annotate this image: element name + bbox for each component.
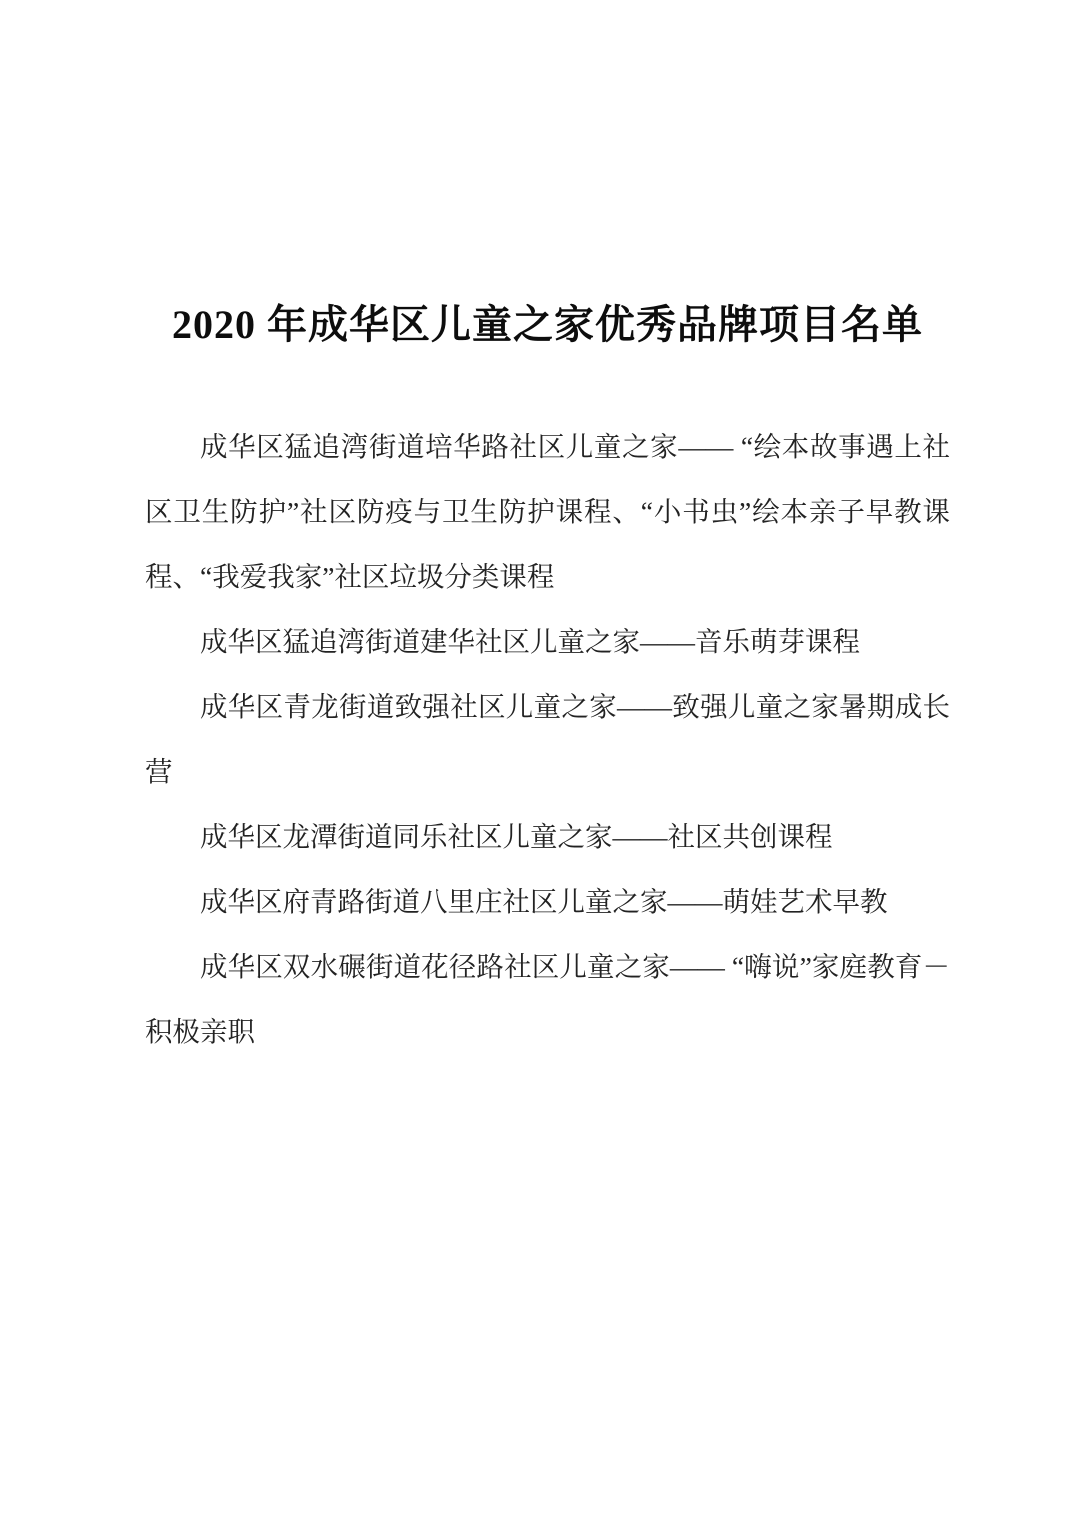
project-list-item: 成华区猛追湾街道建华社区儿童之家——音乐萌芽课程 [145,609,950,674]
project-list-item: 成华区双水碾街道花径路社区儿童之家—— “嗨说”家庭教育－积极亲职 [145,934,950,1064]
project-list: 成华区猛追湾街道培华路社区儿童之家—— “绘本故事遇上社区卫生防护”社区防疫与卫… [145,414,950,1064]
project-list-item: 成华区府青路街道八里庄社区儿童之家——萌娃艺术早教 [145,869,950,934]
document-page: 2020 年成华区儿童之家优秀品牌项目名单 成华区猛追湾街道培华路社区儿童之家—… [0,0,1080,1528]
project-list-item: 成华区猛追湾街道培华路社区儿童之家—— “绘本故事遇上社区卫生防护”社区防疫与卫… [145,414,950,609]
project-list-item: 成华区龙潭街道同乐社区儿童之家——社区共创课程 [145,804,950,869]
project-list-item: 成华区青龙街道致强社区儿童之家——致强儿童之家暑期成长营 [145,674,950,804]
document-title: 2020 年成华区儿童之家优秀品牌项目名单 [145,300,950,350]
